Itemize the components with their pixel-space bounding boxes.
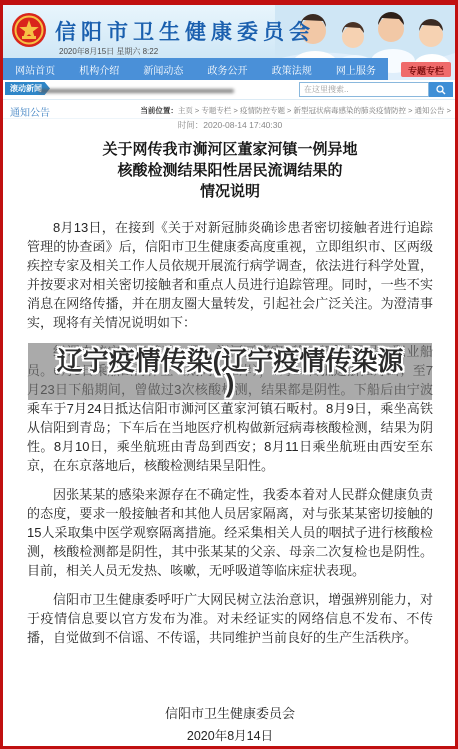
- ticker-search-bar: 滚动新闻: [3, 80, 455, 100]
- section-link-notices[interactable]: 通知公告: [10, 104, 50, 119]
- article-sign-date: 2020年8月14日: [27, 726, 433, 744]
- watermark-overlay: 辽宁疫情传染(辽宁疫情传染源 ): [28, 343, 432, 400]
- nav-item-home[interactable]: 网站首页: [15, 62, 55, 77]
- breadcrumb-row: 通知公告 当前位置：主页 > 专题专栏 > 疫情防控专题 > 新型冠状病毒感染的…: [3, 100, 455, 119]
- nav-item-online-services[interactable]: 网上服务: [336, 62, 376, 77]
- scrolling-news-headline[interactable]: [39, 89, 234, 93]
- article-title: 关于网传我市浉河区董家河镇一例异地 核酸检测结果阳性居民流调结果的 情况说明: [27, 139, 433, 202]
- search-input[interactable]: [299, 82, 429, 97]
- nav-item-special-topics[interactable]: 专题专栏: [401, 62, 451, 77]
- article-title-line-3: 情况说明: [27, 181, 433, 202]
- national-emblem-icon: [11, 12, 47, 48]
- breadcrumb-trail[interactable]: 主页 > 专题专栏 > 疫情防控专题 > 新型冠状病毒感染的肺炎疫情防控 > 通…: [178, 106, 451, 115]
- site-title: 信阳市卫生健康委员会: [55, 16, 315, 46]
- page-frame: 信阳市卫生健康委员会 2020年8月15日 星期六 8:22 网站首页 机构介绍…: [0, 0, 458, 749]
- nav-item-gov-affairs[interactable]: 政务公开: [208, 62, 248, 77]
- publish-time-label: 时间：: [178, 120, 204, 130]
- nav-item-organization[interactable]: 机构介绍: [79, 62, 119, 77]
- search-button[interactable]: [429, 82, 453, 97]
- page: 信阳市卫生健康委员会 2020年8月15日 星期六 8:22 网站首页 机构介绍…: [3, 5, 455, 746]
- article: 时间：2020-08-14 17:40:30 关于网传我市浉河区董家河镇一例异地…: [27, 119, 433, 744]
- article-signature: 信阳市卫生健康委员会: [27, 703, 433, 722]
- article-paragraph-4: 信阳市卫生健康委呼吁广大网民树立法治意识，增强辨别能力，对于疫情信息要以官方发布…: [27, 590, 433, 647]
- header-datetime: 2020年8月15日 星期六 8:22: [59, 46, 158, 57]
- article-body: 8月13日，在接到《关于对新冠肺炎确诊患者密切接触者进行追踪管理的协查函》后，信…: [27, 218, 433, 647]
- publish-time-value: 2020-08-14 17:40:30: [203, 120, 282, 130]
- nav-item-policies[interactable]: 政策法规: [272, 62, 312, 77]
- article-title-line-2: 核酸检测结果阳性居民流调结果的: [27, 160, 433, 181]
- breadcrumb: 当前位置：主页 > 专题专栏 > 疫情防控专题 > 新型冠状病毒感染的肺炎疫情防…: [140, 105, 451, 116]
- search-box: [299, 82, 453, 97]
- article-paragraph-3: 因张某某的感染来源存在不确定性，我委本着对人民群众健康负责的态度，要求一般接触者…: [27, 485, 433, 580]
- magnifier-icon: [436, 85, 446, 95]
- publish-time: 时间：2020-08-14 17:40:30: [27, 119, 433, 131]
- main-nav: 网站首页 机构介绍 新闻动态 政务公开 政策法规 网上服务: [3, 58, 388, 80]
- nav-item-news[interactable]: 新闻动态: [143, 62, 183, 77]
- watermark-text-line-2: ): [226, 370, 235, 396]
- article-title-line-1: 关于网传我市浉河区董家河镇一例异地: [27, 139, 433, 160]
- breadcrumb-label: 当前位置：: [140, 106, 178, 115]
- article-paragraph-1: 8月13日，在接到《关于对新冠肺炎确诊患者密切接触者进行追踪管理的协查函》后，信…: [27, 218, 433, 332]
